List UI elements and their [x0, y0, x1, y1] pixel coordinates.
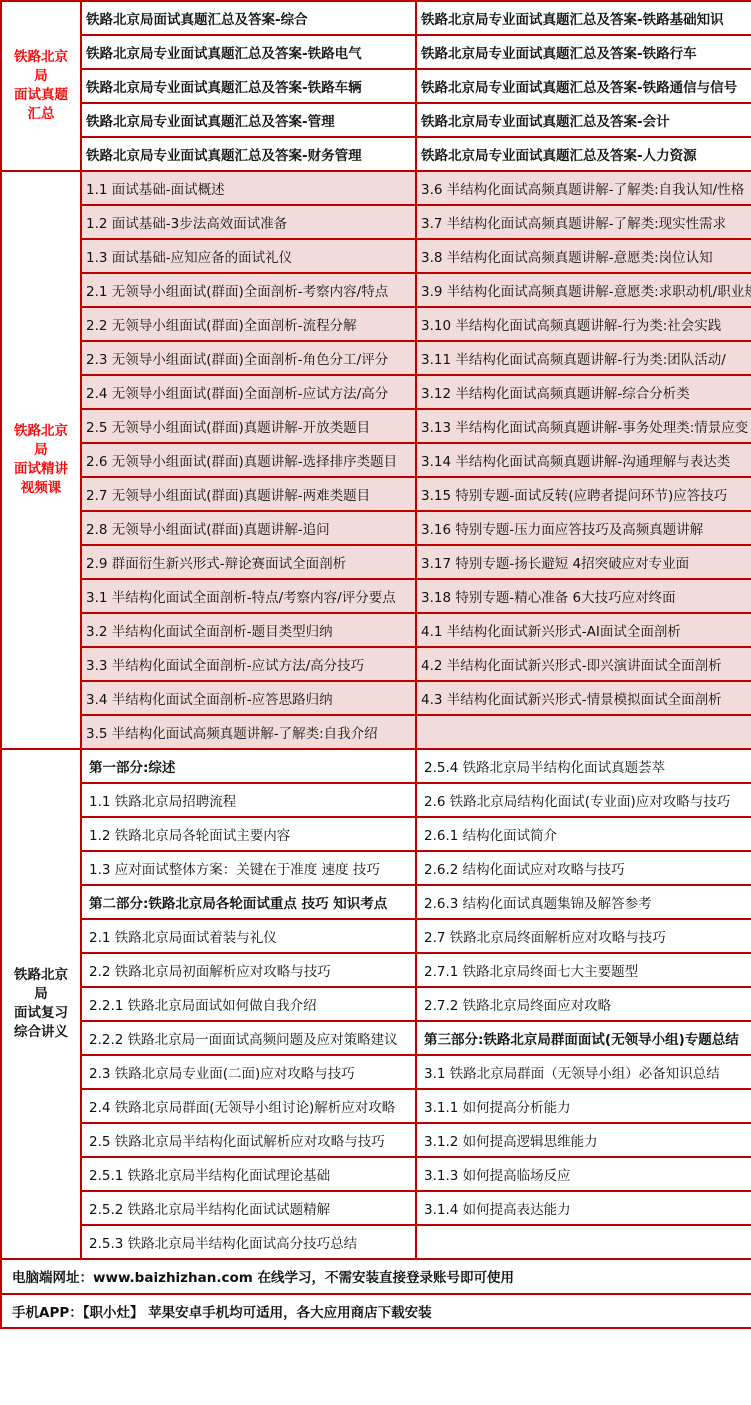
video-lesson-link[interactable]: 2.2 无领导小组面试(群面)全面剖析-流程分解	[81, 307, 416, 341]
handout-chapter-link[interactable]: 2.5.3 铁路北京局半结构化面试高分技巧总结	[81, 1225, 416, 1259]
handout-chapter-link[interactable]: 2.1 铁路北京局面试着装与礼仪	[81, 919, 416, 953]
table-row: 2.3 铁路北京局专业面(二面)应对攻略与技巧3.1 铁路北京局群面（无领导小组…	[1, 1055, 751, 1089]
handout-chapter-link[interactable]: 2.4 铁路北京局群面(无领导小组讨论)解析应对攻略	[81, 1089, 416, 1123]
handout-chapter-link[interactable]: 第三部分:铁路北京局群面面试(无领导小组)专题总结	[416, 1021, 751, 1055]
video-lesson-link[interactable]: 3.14 半结构化面试高频真题讲解-沟通理解与表达类	[416, 443, 751, 477]
video-lesson-link[interactable]: 3.8 半结构化面试高频真题讲解-意愿类:岗位认知	[416, 239, 751, 273]
video-lesson-link[interactable]: 3.13 半结构化面试高频真题讲解-事务处理类:情景应变	[416, 409, 751, 443]
exam-question-link[interactable]: 铁路北京局专业面试真题汇总及答案-管理	[81, 103, 416, 137]
section-title-line: 面试精讲	[2, 460, 80, 479]
video-lesson-link[interactable]: 4.3 半结构化面试新兴形式-情景模拟面试全面剖析	[416, 681, 751, 715]
video-lesson-link[interactable]: 2.3 无领导小组面试(群面)全面剖析-角色分工/评分	[81, 341, 416, 375]
table-row: 铁路北京局专业面试真题汇总及答案-铁路电气铁路北京局专业面试真题汇总及答案-铁路…	[1, 35, 751, 69]
table-row: 2.3 无领导小组面试(群面)全面剖析-角色分工/评分3.11 半结构化面试高频…	[1, 341, 751, 375]
table-row: 1.1 铁路北京局招聘流程2.6 铁路北京局结构化面试(专业面)应对攻略与技巧	[1, 783, 751, 817]
table-row: 1.3 应对面试整体方案：关键在于准度 速度 技巧2.6.2 结构化面试应对攻略…	[1, 851, 751, 885]
table-row: 2.7 无领导小组面试(群面)真题讲解-两难类题目3.15 特别专题-面试反转(…	[1, 477, 751, 511]
video-lesson-link[interactable]: 3.16 特别专题-压力面应答技巧及高频真题讲解	[416, 511, 751, 545]
table-row: 2.1 铁路北京局面试着装与礼仪2.7 铁路北京局终面解析应对攻略与技巧	[1, 919, 751, 953]
handout-chapter-link[interactable]: 3.1.1 如何提高分析能力	[416, 1089, 751, 1123]
section-title-line: 视频课	[2, 479, 80, 498]
video-lesson-link[interactable]: 4.2 半结构化面试新兴形式-即兴演讲面试全面剖析	[416, 647, 751, 681]
table-row: 1.3 面试基础-应知应备的面试礼仪3.8 半结构化面试高频真题讲解-意愿类:岗…	[1, 239, 751, 273]
section-title-line: 铁路北京	[2, 422, 80, 441]
video-lesson-link[interactable]: 4.1 半结构化面试新兴形式-AI面试全面剖析	[416, 613, 751, 647]
table-row: 3.5 半结构化面试高频真题讲解-了解类:自我介绍	[1, 715, 751, 749]
handout-chapter-link[interactable]: 2.3 铁路北京局专业面(二面)应对攻略与技巧	[81, 1055, 416, 1089]
exam-question-link[interactable]: 铁路北京局专业面试真题汇总及答案-铁路基础知识	[416, 1, 751, 35]
handout-chapter-link[interactable]: 3.1.2 如何提高逻辑思维能力	[416, 1123, 751, 1157]
table-row: 2.2.1 铁路北京局面试如何做自我介绍2.7.2 铁路北京局终面应对攻略	[1, 987, 751, 1021]
handout-chapter-link[interactable]: 1.3 应对面试整体方案：关键在于准度 速度 技巧	[81, 851, 416, 885]
handout-chapter-link[interactable]: 第二部分:铁路北京局各轮面试重点 技巧 知识考点	[81, 885, 416, 919]
table-row: 3.2 半结构化面试全面剖析-题目类型归纳4.1 半结构化面试新兴形式-AI面试…	[1, 613, 751, 647]
exam-question-link[interactable]: 铁路北京局专业面试真题汇总及答案-会计	[416, 103, 751, 137]
handout-chapter-link[interactable]: 1.2 铁路北京局各轮面试主要内容	[81, 817, 416, 851]
course-catalog-table: 铁路北京局面试真题汇总铁路北京局面试真题汇总及答案-综合铁路北京局专业面试真题汇…	[0, 0, 751, 1329]
section-title-line: 局	[2, 441, 80, 460]
section-title-line: 局	[2, 67, 80, 86]
video-lesson-link[interactable]: 3.17 特别专题-扬长避短 4招突破应对专业面	[416, 545, 751, 579]
video-lesson-link[interactable]: 3.11 半结构化面试高频真题讲解-行为类:团队活动/	[416, 341, 751, 375]
handout-chapter-link[interactable]: 3.1.4 如何提高表达能力	[416, 1191, 751, 1225]
section-title-line: 面试真题	[2, 86, 80, 105]
video-lesson-link[interactable]: 3.6 半结构化面试高频真题讲解-了解类:自我认知/性格	[416, 171, 751, 205]
table-row: 2.5.3 铁路北京局半结构化面试高分技巧总结	[1, 1225, 751, 1259]
website-info: 电脑端网址：www.baizhizhan.com 在线学习，不需安装直接登录账号…	[1, 1259, 751, 1294]
video-lesson-link[interactable]	[416, 715, 751, 749]
table-row: 铁路北京局专业面试真题汇总及答案-财务管理铁路北京局专业面试真题汇总及答案-人力…	[1, 137, 751, 171]
section-title-line: 汇总	[2, 105, 80, 124]
table-row: 铁路北京局面试精讲视频课1.1 面试基础-面试概述3.6 半结构化面试高频真题讲…	[1, 171, 751, 205]
exam-question-link[interactable]: 铁路北京局专业面试真题汇总及答案-人力资源	[416, 137, 751, 171]
handout-chapter-link[interactable]: 2.2.1 铁路北京局面试如何做自我介绍	[81, 987, 416, 1021]
table-row: 铁路北京局面试真题汇总铁路北京局面试真题汇总及答案-综合铁路北京局专业面试真题汇…	[1, 1, 751, 35]
section-title-line: 铁路北京	[2, 966, 80, 985]
exam-question-link[interactable]: 铁路北京局专业面试真题汇总及答案-财务管理	[81, 137, 416, 171]
footer-row: 手机APP：【职小灶】 苹果安卓手机均可适用，各大应用商店下载安装	[1, 1294, 751, 1329]
video-lesson-link[interactable]: 2.7 无领导小组面试(群面)真题讲解-两难类题目	[81, 477, 416, 511]
video-lesson-link[interactable]: 2.6 无领导小组面试(群面)真题讲解-选择排序类题目	[81, 443, 416, 477]
video-lesson-link[interactable]: 2.5 无领导小组面试(群面)真题讲解-开放类题目	[81, 409, 416, 443]
video-lesson-link[interactable]: 3.5 半结构化面试高频真题讲解-了解类:自我介绍	[81, 715, 416, 749]
video-lesson-link[interactable]: 1.2 面试基础-3步法高效面试准备	[81, 205, 416, 239]
handout-chapter-link[interactable]	[416, 1225, 751, 1259]
video-lesson-link[interactable]: 1.1 面试基础-面试概述	[81, 171, 416, 205]
handout-chapter-link[interactable]: 2.6.1 结构化面试简介	[416, 817, 751, 851]
table-row: 2.2 铁路北京局初面解析应对攻略与技巧2.7.1 铁路北京局终面七大主要题型	[1, 953, 751, 987]
table-row: 2.1 无领导小组面试(群面)全面剖析-考察内容/特点3.9 半结构化面试高频真…	[1, 273, 751, 307]
video-lesson-link[interactable]: 2.4 无领导小组面试(群面)全面剖析-应试方法/高分	[81, 375, 416, 409]
handout-chapter-link[interactable]: 2.6 铁路北京局结构化面试(专业面)应对攻略与技巧	[416, 783, 751, 817]
section-title: 铁路北京局面试精讲视频课	[1, 171, 81, 749]
table-row: 铁路北京局专业面试真题汇总及答案-铁路车辆铁路北京局专业面试真题汇总及答案-铁路…	[1, 69, 751, 103]
section-title-line: 综合讲义	[2, 1023, 80, 1042]
handout-chapter-link[interactable]: 3.1 铁路北京局群面（无领导小组）必备知识总结	[416, 1055, 751, 1089]
table-row: 第二部分:铁路北京局各轮面试重点 技巧 知识考点2.6.3 结构化面试真题集锦及…	[1, 885, 751, 919]
video-lesson-link[interactable]: 3.4 半结构化面试全面剖析-应答思路归纳	[81, 681, 416, 715]
table-row: 2.5 铁路北京局半结构化面试解析应对攻略与技巧3.1.2 如何提高逻辑思维能力	[1, 1123, 751, 1157]
exam-question-link[interactable]: 铁路北京局专业面试真题汇总及答案-铁路行车	[416, 35, 751, 69]
video-lesson-link[interactable]: 3.15 特别专题-面试反转(应聘者提问环节)应答技巧	[416, 477, 751, 511]
table-row: 2.4 无领导小组面试(群面)全面剖析-应试方法/高分3.12 半结构化面试高频…	[1, 375, 751, 409]
table-row: 铁路北京局面试复习综合讲义第一部分:综述2.5.4 铁路北京局半结构化面试真题荟…	[1, 749, 751, 783]
handout-chapter-link[interactable]: 2.7.1 铁路北京局终面七大主要题型	[416, 953, 751, 987]
table-row: 2.6 无领导小组面试(群面)真题讲解-选择排序类题目3.14 半结构化面试高频…	[1, 443, 751, 477]
table-row: 1.2 铁路北京局各轮面试主要内容2.6.1 结构化面试简介	[1, 817, 751, 851]
table-row: 3.1 半结构化面试全面剖析-特点/考察内容/评分要点3.18 特别专题-精心准…	[1, 579, 751, 613]
video-lesson-link[interactable]: 3.3 半结构化面试全面剖析-应试方法/高分技巧	[81, 647, 416, 681]
video-lesson-link[interactable]: 3.1 半结构化面试全面剖析-特点/考察内容/评分要点	[81, 579, 416, 613]
video-lesson-link[interactable]: 2.8 无领导小组面试(群面)真题讲解-追问	[81, 511, 416, 545]
handout-chapter-link[interactable]: 第一部分:综述	[81, 749, 416, 783]
handout-chapter-link[interactable]: 2.5.2 铁路北京局半结构化面试试题精解	[81, 1191, 416, 1225]
exam-question-link[interactable]: 铁路北京局专业面试真题汇总及答案-铁路通信与信号	[416, 69, 751, 103]
app-info: 手机APP：【职小灶】 苹果安卓手机均可适用，各大应用商店下载安装	[1, 1294, 751, 1329]
handout-chapter-link[interactable]: 3.1.3 如何提高临场反应	[416, 1157, 751, 1191]
video-lesson-link[interactable]: 3.2 半结构化面试全面剖析-题目类型归纳	[81, 613, 416, 647]
handout-chapter-link[interactable]: 2.2 铁路北京局初面解析应对攻略与技巧	[81, 953, 416, 987]
video-lesson-link[interactable]: 3.9 半结构化面试高频真题讲解-意愿类:求职动机/职业规划	[416, 273, 751, 307]
table-row: 3.4 半结构化面试全面剖析-应答思路归纳4.3 半结构化面试新兴形式-情景模拟…	[1, 681, 751, 715]
table-row: 2.5 无领导小组面试(群面)真题讲解-开放类题目3.13 半结构化面试高频真题…	[1, 409, 751, 443]
section-title-line: 铁路北京	[2, 48, 80, 67]
table-row: 3.3 半结构化面试全面剖析-应试方法/高分技巧4.2 半结构化面试新兴形式-即…	[1, 647, 751, 681]
handout-chapter-link[interactable]: 2.6.2 结构化面试应对攻略与技巧	[416, 851, 751, 885]
section-title: 铁路北京局面试真题汇总	[1, 1, 81, 171]
video-lesson-link[interactable]: 1.3 面试基础-应知应备的面试礼仪	[81, 239, 416, 273]
exam-question-link[interactable]: 铁路北京局面试真题汇总及答案-综合	[81, 1, 416, 35]
handout-chapter-link[interactable]: 1.1 铁路北京局招聘流程	[81, 783, 416, 817]
exam-question-link[interactable]: 铁路北京局专业面试真题汇总及答案-铁路车辆	[81, 69, 416, 103]
footer-row: 电脑端网址：www.baizhizhan.com 在线学习，不需安装直接登录账号…	[1, 1259, 751, 1294]
table-row: 2.8 无领导小组面试(群面)真题讲解-追问3.16 特别专题-压力面应答技巧及…	[1, 511, 751, 545]
table-row: 2.9 群面衍生新兴形式-辩论赛面试全面剖析3.17 特别专题-扬长避短 4招突…	[1, 545, 751, 579]
video-lesson-link[interactable]: 3.12 半结构化面试高频真题讲解-综合分析类	[416, 375, 751, 409]
section-title-line: 局	[2, 985, 80, 1004]
handout-chapter-link[interactable]: 2.5 铁路北京局半结构化面试解析应对攻略与技巧	[81, 1123, 416, 1157]
handout-chapter-link[interactable]: 2.5.4 铁路北京局半结构化面试真题荟萃	[416, 749, 751, 783]
handout-chapter-link[interactable]: 2.6.3 结构化面试真题集锦及解答参考	[416, 885, 751, 919]
table-row: 1.2 面试基础-3步法高效面试准备3.7 半结构化面试高频真题讲解-了解类:现…	[1, 205, 751, 239]
handout-chapter-link[interactable]: 2.7.2 铁路北京局终面应对攻略	[416, 987, 751, 1021]
handout-chapter-link[interactable]: 2.7 铁路北京局终面解析应对攻略与技巧	[416, 919, 751, 953]
table-row: 铁路北京局专业面试真题汇总及答案-管理铁路北京局专业面试真题汇总及答案-会计	[1, 103, 751, 137]
video-lesson-link[interactable]: 2.9 群面衍生新兴形式-辩论赛面试全面剖析	[81, 545, 416, 579]
video-lesson-link[interactable]: 3.10 半结构化面试高频真题讲解-行为类:社会实践	[416, 307, 751, 341]
table-row: 2.5.2 铁路北京局半结构化面试试题精解3.1.4 如何提高表达能力	[1, 1191, 751, 1225]
handout-chapter-link[interactable]: 2.2.2 铁路北京局一面面试高频问题及应对策略建议	[81, 1021, 416, 1055]
video-lesson-link[interactable]: 3.18 特别专题-精心准备 6大技巧应对终面	[416, 579, 751, 613]
exam-question-link[interactable]: 铁路北京局专业面试真题汇总及答案-铁路电气	[81, 35, 416, 69]
video-lesson-link[interactable]: 2.1 无领导小组面试(群面)全面剖析-考察内容/特点	[81, 273, 416, 307]
handout-chapter-link[interactable]: 2.5.1 铁路北京局半结构化面试理论基础	[81, 1157, 416, 1191]
section-title-line: 面试复习	[2, 1004, 80, 1023]
table-row: 2.2 无领导小组面试(群面)全面剖析-流程分解3.10 半结构化面试高频真题讲…	[1, 307, 751, 341]
table-row: 2.2.2 铁路北京局一面面试高频问题及应对策略建议第三部分:铁路北京局群面面试…	[1, 1021, 751, 1055]
table-row: 2.4 铁路北京局群面(无领导小组讨论)解析应对攻略3.1.1 如何提高分析能力	[1, 1089, 751, 1123]
table-row: 2.5.1 铁路北京局半结构化面试理论基础3.1.3 如何提高临场反应	[1, 1157, 751, 1191]
video-lesson-link[interactable]: 3.7 半结构化面试高频真题讲解-了解类:现实性需求	[416, 205, 751, 239]
section-title: 铁路北京局面试复习综合讲义	[1, 749, 81, 1259]
